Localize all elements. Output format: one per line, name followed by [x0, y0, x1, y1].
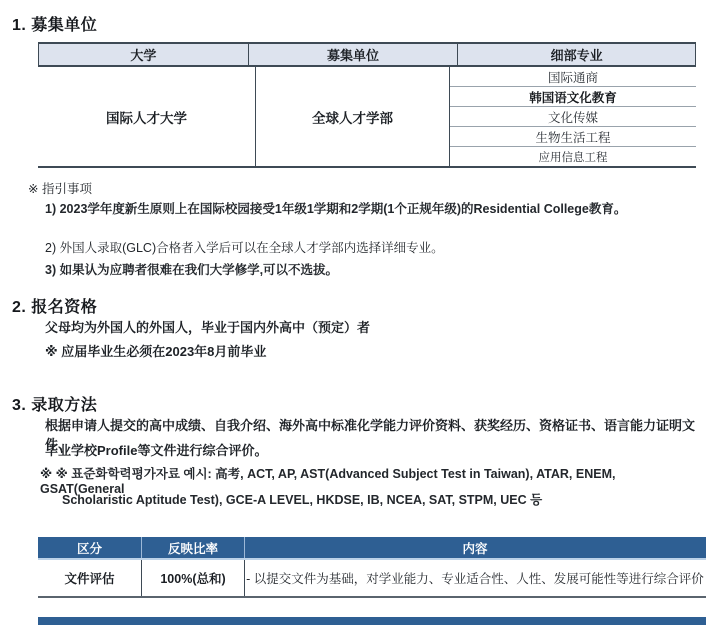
major-cell: 国际通商	[450, 67, 696, 87]
evaluation-content-cell: - 以提交文件为基础，对学业能力、专业适合性、人性、发展可能性等进行综合评价	[245, 560, 705, 596]
recruitment-table-header-majors: 细部专业	[458, 44, 695, 65]
evaluation-ratio-cell: 100%(总和)	[142, 560, 245, 596]
major-cell: 生物生活工程	[450, 127, 696, 147]
eligibility-note: ※ 应届毕业生必须在2023年8月前毕业	[45, 341, 685, 360]
evaluation-category-cell: 文件评估	[38, 560, 142, 596]
recruitment-table-body: 国际人才大学 全球人才学部 国际通商 韩国语文化教育 文化传媒 生物生活工程 应…	[38, 67, 696, 168]
unit-cell: 全球人才学部	[256, 67, 450, 166]
major-cell: 应用信息工程	[450, 147, 696, 166]
recruitment-table-header-unit: 募集单位	[249, 44, 459, 65]
evaluation-header-content: 内容	[245, 537, 705, 558]
recruitment-table-header-university: 大学	[39, 44, 249, 65]
evaluation-header-category: 区分	[38, 537, 142, 558]
major-cell: 韩国语文化教育	[450, 87, 696, 107]
guidance-note-3: 3) 如果认为应聘者很难在我们大学修学,可以不选拔。	[45, 260, 685, 278]
next-table-header-partial	[38, 617, 706, 625]
guidance-notes-title: ※ 指引事项	[28, 179, 92, 197]
method-body-line2: 毕业学校Profile等文件进行综合评价。	[45, 440, 695, 459]
recruitment-table-header-row: 大学 募集单位 细部专业	[38, 42, 696, 67]
guidance-note-1: 1) 2023学年度新生原则上在国际校园接受1年级1学期和2学期(1个正规年级)…	[45, 199, 685, 217]
university-cell: 国际人才大学	[38, 67, 256, 166]
evaluation-table: 区分 反映比率 内容 文件评估 100%(总和) - 以提交文件为基础，对学业能…	[38, 537, 706, 598]
eligibility-body: 父母均为外国人的外国人，毕业于国内外高中（预定）者	[45, 317, 685, 336]
evaluation-table-header-row: 区分 反映比率 内容	[38, 537, 706, 560]
major-cell: 文化传媒	[450, 107, 696, 127]
section2-heading: 2. 报名资格	[12, 294, 97, 317]
evaluation-header-ratio: 反映比率	[142, 537, 245, 558]
standardized-tests-note-line2: Scholaristic Aptitude Test), GCE-A LEVEL…	[62, 490, 692, 508]
majors-column: 国际通商 韩国语文化教育 文化传媒 生物生活工程 应用信息工程	[450, 67, 696, 166]
section3-heading: 3. 录取方法	[12, 392, 97, 415]
section1-heading: 1. 募集单位	[12, 12, 97, 35]
guidance-note-2: 2) 外国人录取(GLC)合格者入学后可以在全球人才学部内选择详细专业。	[45, 238, 685, 256]
recruitment-table: 大学 募集单位 细部专业 国际人才大学 全球人才学部 国际通商 韩国语文化教育 …	[38, 42, 696, 168]
document-page: 1. 募集单位 大学 募集单位 细部专业 国际人才大学 全球人才学部 国际通商 …	[0, 0, 708, 625]
evaluation-table-row: 文件评估 100%(总和) - 以提交文件为基础，对学业能力、专业适合性、人性、…	[38, 560, 706, 598]
